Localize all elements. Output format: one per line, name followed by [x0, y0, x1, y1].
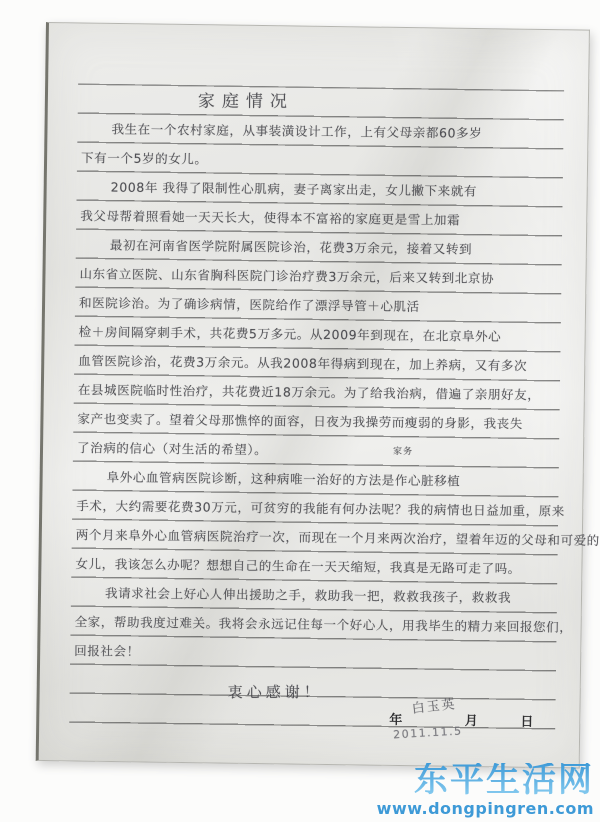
letter-body: 我生在一个农村家庭，从事装潢设计工作，上有父母亲都60多岁下有一个5岁的女儿。2…	[74, 114, 584, 672]
letter-paper: 家庭情况 我生在一个农村家庭，从事装潢设计工作，上有父母亲都60多岁下有一个5岁…	[36, 22, 590, 769]
watermark-site-name: 东平生活网	[377, 763, 594, 799]
letter-title: 家庭情况	[198, 87, 294, 112]
scanned-letter: 家庭情况 我生在一个农村家庭，从事装潢设计工作，上有父母亲都60多岁下有一个5岁…	[0, 0, 600, 822]
insertion-note: 家务	[393, 444, 413, 457]
watermark-site-url: www.dongpingren.com	[377, 799, 594, 818]
year-label: 年	[389, 713, 402, 728]
handwritten-line: 回报社会！	[74, 636, 576, 671]
letter-closing: 衷心感谢！	[228, 681, 323, 702]
month-label: 月	[465, 714, 478, 729]
watermark: 东平生活网 www.dongpingren.com	[377, 763, 594, 818]
handwritten-date: 2011.11.5	[393, 724, 463, 741]
day-label: 日	[520, 715, 533, 730]
